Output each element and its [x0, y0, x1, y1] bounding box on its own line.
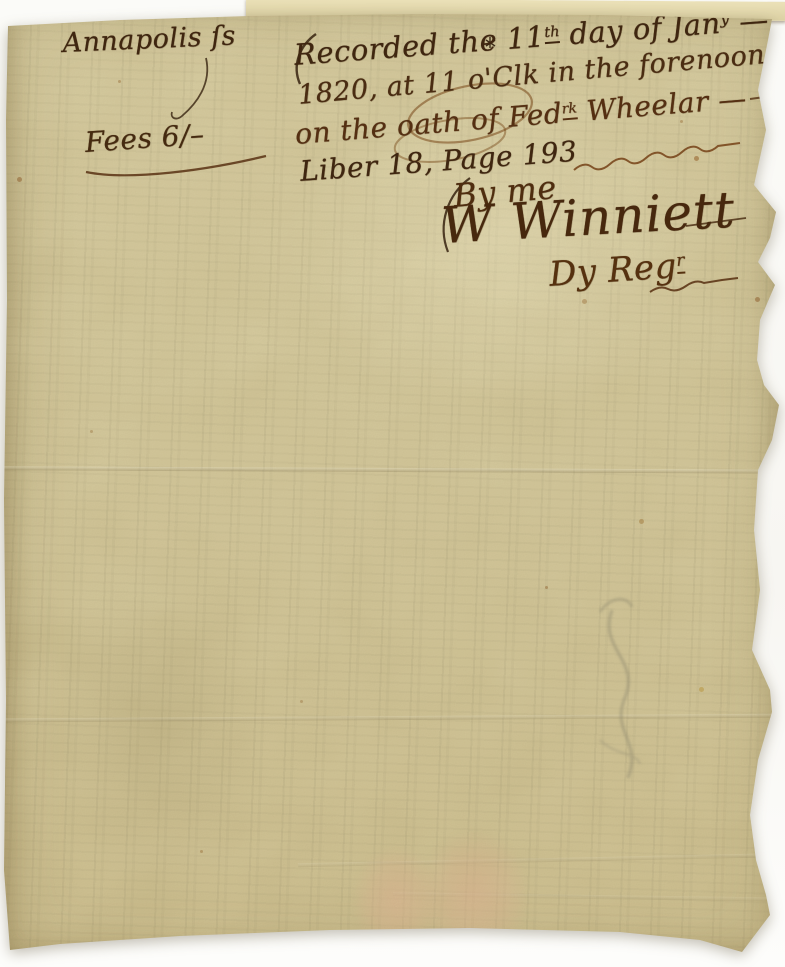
fold-crease	[0, 466, 785, 473]
stain	[418, 830, 530, 960]
recording-line-3-text2: Wheelar —	[576, 82, 748, 129]
fees-note: Fees 6/–	[84, 120, 205, 158]
scan-background: Annapolis ſs Fees 6/– Recorded the 11th …	[0, 0, 785, 967]
superscript-r: r	[676, 251, 686, 275]
recording-line-1-dash: —	[728, 2, 770, 39]
signer-title-text: Dy Reg	[548, 246, 678, 295]
superscript-rk: rk	[561, 101, 578, 121]
fold-crease	[0, 714, 785, 723]
foxing-specks	[0, 0, 3, 3]
signer-title: Dy Regr	[548, 249, 686, 294]
signature: W Winniett	[440, 184, 736, 253]
paper-wrapper: Annapolis ſs Fees 6/– Recorded the 11th …	[0, 0, 785, 967]
document-page: Annapolis ſs Fees 6/– Recorded the 11th …	[0, 0, 785, 967]
jurisdiction-label: Annapolis ſs	[62, 22, 237, 58]
